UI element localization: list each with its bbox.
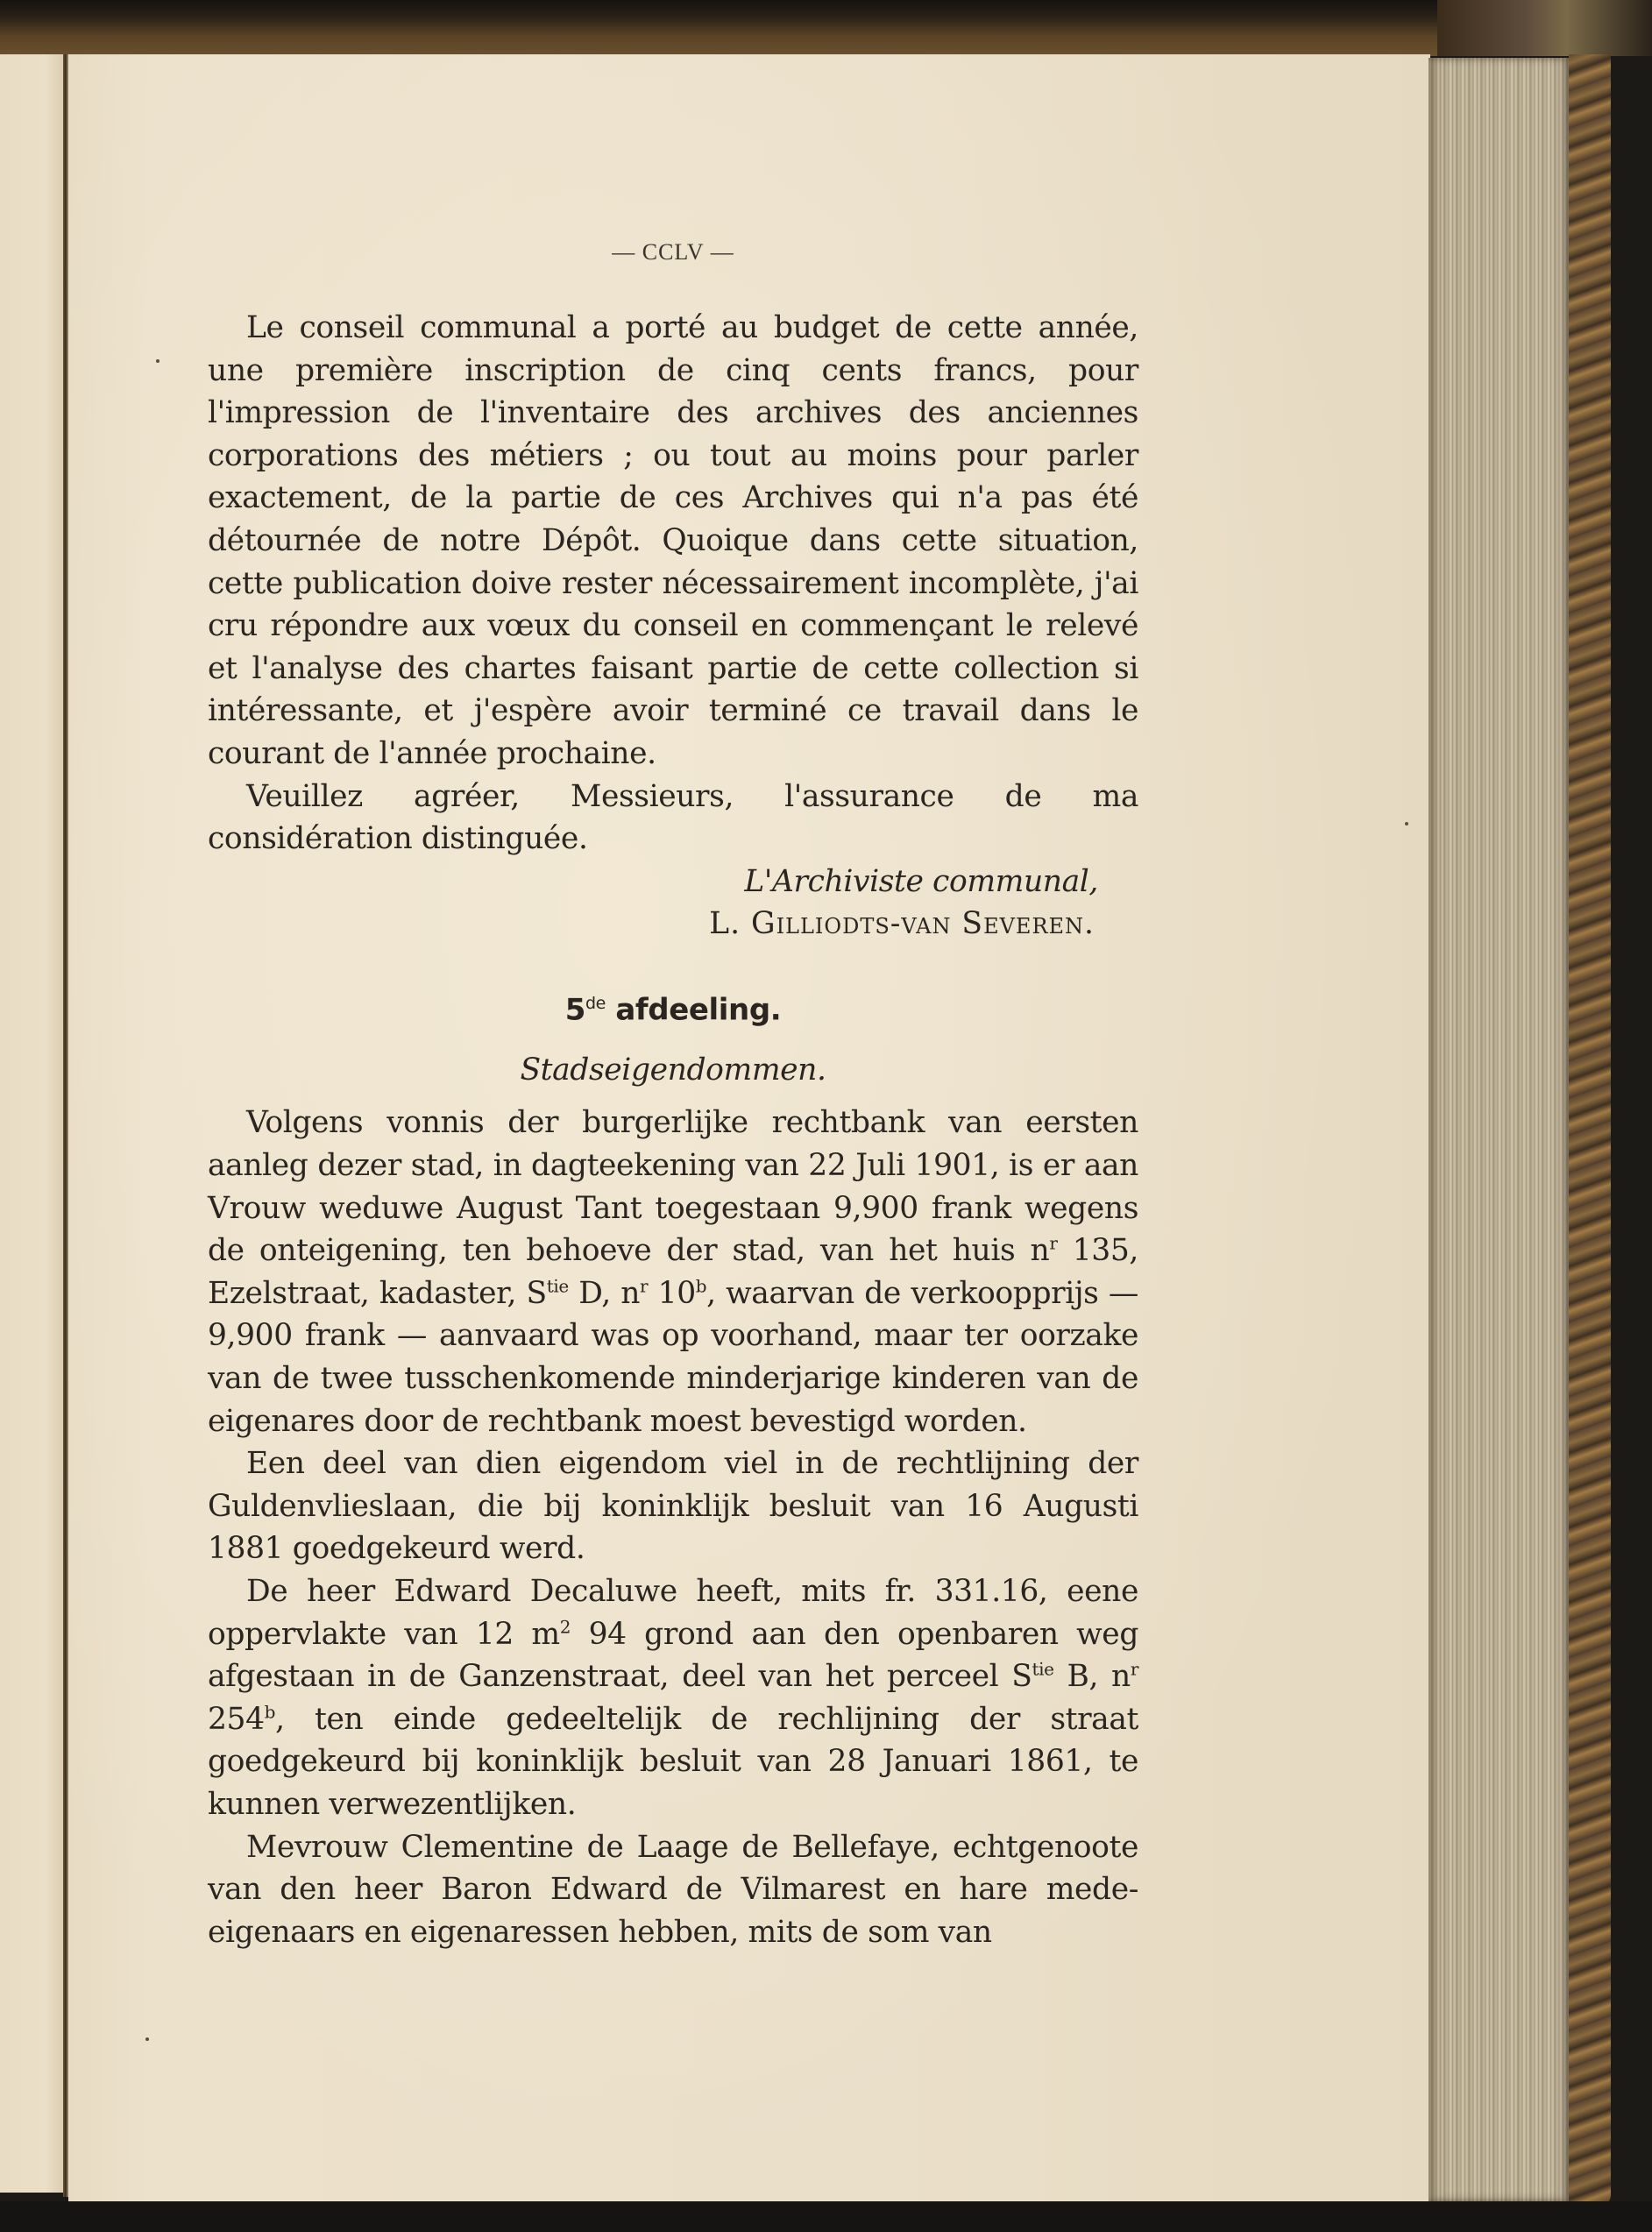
paragraph-dutch-2: Een deel van dien eigendom viel in de re… bbox=[208, 1442, 1138, 1570]
left-page-edge bbox=[0, 54, 65, 2193]
paragraph-french-1: Le conseil communal a porté au budget de… bbox=[208, 307, 1138, 776]
superscript: r bbox=[1049, 1233, 1057, 1254]
text-run: Volgens vonnis der burgerlijke rechtbank… bbox=[208, 1105, 1138, 1268]
signature-title: L'Archiviste communal, bbox=[208, 861, 1138, 903]
section-number: 5 bbox=[565, 992, 585, 1027]
superscript: tie bbox=[1032, 1659, 1053, 1680]
text-run: D, n bbox=[569, 1276, 640, 1311]
paragraph-dutch-4: Mevrouw Clementine de Laage de Bellefaye… bbox=[208, 1826, 1138, 1954]
paragraph-french-2: Veuillez agréer, Messieurs, l'assurance … bbox=[208, 776, 1138, 861]
section-heading: 5de afdeeling. bbox=[208, 982, 1138, 1031]
section-subtitle: Stadseigendommen. bbox=[208, 1049, 1138, 1092]
superscript: tie bbox=[547, 1275, 569, 1296]
page-fore-edge bbox=[1429, 58, 1569, 2201]
text-run: 10 bbox=[648, 1276, 696, 1311]
superscript: r bbox=[640, 1275, 648, 1296]
paragraph-dutch-3: De heer Edward Decaluwe heeft, mits fr. … bbox=[208, 1570, 1138, 1826]
section-label: afdeeling. bbox=[615, 992, 781, 1027]
superscript: 2 bbox=[560, 1616, 571, 1637]
book-binding-top bbox=[0, 0, 1652, 56]
signature-name: L. Gilliodts-van Severen. bbox=[208, 903, 1138, 946]
superscript: b bbox=[696, 1275, 706, 1296]
page-number: — CCLV — bbox=[208, 238, 1138, 266]
text-run: B, n bbox=[1054, 1659, 1131, 1694]
paper-speck bbox=[145, 2037, 149, 2041]
paragraph-dutch-1: Volgens vonnis der burgerlijke rechtbank… bbox=[208, 1102, 1138, 1442]
text-run: , ten einde gedeeltelijk de rechlijning … bbox=[208, 1702, 1138, 1822]
section-number-suffix: de bbox=[585, 994, 606, 1013]
superscript: r bbox=[1131, 1659, 1138, 1680]
page-text-block: — CCLV — Le conseil communal a porté au … bbox=[208, 238, 1138, 1953]
paper-speck bbox=[156, 359, 160, 363]
superscript: b bbox=[265, 1701, 275, 1722]
marbled-cover-edge bbox=[1569, 54, 1611, 2206]
paper-speck bbox=[1405, 822, 1408, 825]
text-run: 254 bbox=[208, 1702, 265, 1737]
background-bottom bbox=[0, 2201, 1652, 2232]
